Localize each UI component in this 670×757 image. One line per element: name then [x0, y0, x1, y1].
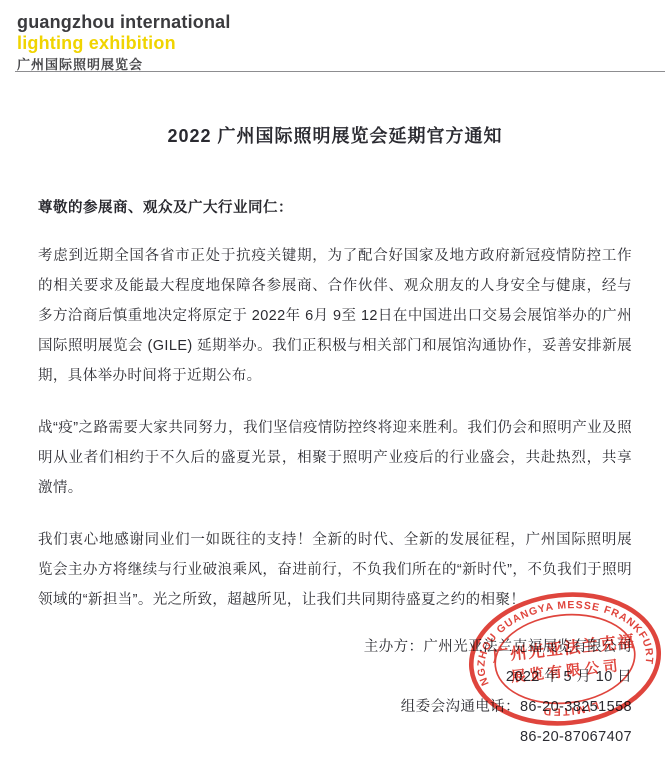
paragraph-postponement: 考虑到近期全国各省市正处于抗疫关键期，为了配合好国家及地方政府新冠疫情防控工作的… — [38, 241, 632, 391]
signature-block: 主办方：广州光亚法兰克福展览有限公司 2022 年 5 月 10 日 组委会沟通… — [38, 632, 632, 752]
salutation: 尊敬的参展商、观众及广大行业同仁： — [38, 196, 632, 217]
logo-line-english-1: guangzhou international — [17, 12, 231, 33]
paragraph-thanks: 我们衷心地感谢同业们一如既往的支持！全新的时代、全新的发展征程，广州国际照明展览… — [38, 525, 632, 615]
phone-line-1: 组委会沟通电话：86-20-38251558 — [38, 692, 632, 722]
header-divider — [15, 71, 665, 72]
date-line: 2022 年 5 月 10 日 — [38, 662, 632, 692]
notice-body: 尊敬的参展商、观众及广大行业同仁： 考虑到近期全国各省市正处于抗疫关键期，为了配… — [38, 196, 632, 637]
exhibition-logo: guangzhou international lighting exhibit… — [17, 12, 231, 73]
organizer-line: 主办方：广州光亚法兰克福展览有限公司 — [38, 632, 632, 662]
phone-line-2: 86-20-87067407 — [38, 722, 632, 752]
logo-line-english-2: lighting exhibition — [17, 33, 231, 54]
paragraph-epidemic-fight: 战“疫”之路需要大家共同努力，我们坚信疫情防控终将迎来胜利。我们仍会和照明产业及… — [38, 413, 632, 503]
notice-document: guangzhou international lighting exhibit… — [0, 0, 670, 757]
page-title: 2022 广州国际照明展览会延期官方通知 — [0, 122, 670, 148]
